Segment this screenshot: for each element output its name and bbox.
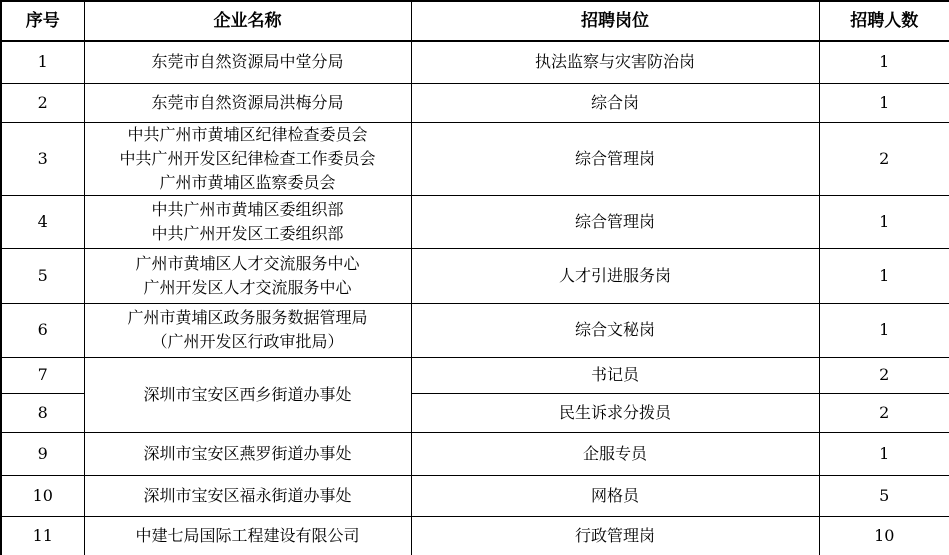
table-header-row: 序号 企业名称 招聘岗位 招聘人数 bbox=[1, 1, 949, 41]
count-cell: 10 bbox=[819, 516, 949, 555]
count-cell: 5 bbox=[819, 475, 949, 516]
company-cell: 深圳市宝安区福永街道办事处 bbox=[84, 475, 411, 516]
table-row: 11 中建七局国际工程建设有限公司 行政管理岗 10 bbox=[1, 516, 949, 555]
position-cell: 书记员 bbox=[411, 357, 819, 393]
table-row: 1 东莞市自然资源局中堂分局 执法监察与灾害防治岗 1 bbox=[1, 41, 949, 83]
recruitment-table: 序号 企业名称 招聘岗位 招聘人数 1 东莞市自然资源局中堂分局 执法监察与灾害… bbox=[0, 0, 949, 555]
position-cell: 企服专员 bbox=[411, 432, 819, 475]
count-cell: 2 bbox=[819, 393, 949, 432]
company-cell: 中建七局国际工程建设有限公司 bbox=[84, 516, 411, 555]
header-no: 序号 bbox=[1, 1, 84, 41]
no-cell: 9 bbox=[1, 432, 84, 475]
no-cell: 4 bbox=[1, 195, 84, 248]
position-cell: 综合文秘岗 bbox=[411, 303, 819, 357]
position-cell: 综合管理岗 bbox=[411, 122, 819, 195]
header-position: 招聘岗位 bbox=[411, 1, 819, 41]
table-row: 10 深圳市宝安区福永街道办事处 网格员 5 bbox=[1, 475, 949, 516]
no-cell: 1 bbox=[1, 41, 84, 83]
no-cell: 11 bbox=[1, 516, 84, 555]
company-cell: 东莞市自然资源局洪梅分局 bbox=[84, 83, 411, 122]
count-cell: 1 bbox=[819, 432, 949, 475]
company-cell: 中共广州市黄埔区委组织部 中共广州开发区工委组织部 bbox=[84, 195, 411, 248]
no-cell: 2 bbox=[1, 83, 84, 122]
count-cell: 1 bbox=[819, 303, 949, 357]
company-cell: 深圳市宝安区燕罗街道办事处 bbox=[84, 432, 411, 475]
position-cell: 人才引进服务岗 bbox=[411, 248, 819, 303]
count-cell: 1 bbox=[819, 248, 949, 303]
count-cell: 2 bbox=[819, 122, 949, 195]
position-cell: 民生诉求分拨员 bbox=[411, 393, 819, 432]
table-row: 7 深圳市宝安区西乡街道办事处 书记员 2 bbox=[1, 357, 949, 393]
count-cell: 1 bbox=[819, 83, 949, 122]
count-cell: 1 bbox=[819, 195, 949, 248]
table-row: 9 深圳市宝安区燕罗街道办事处 企服专员 1 bbox=[1, 432, 949, 475]
no-cell: 6 bbox=[1, 303, 84, 357]
table-row: 5 广州市黄埔区人才交流服务中心 广州开发区人才交流服务中心 人才引进服务岗 1 bbox=[1, 248, 949, 303]
company-cell: 广州市黄埔区人才交流服务中心 广州开发区人才交流服务中心 bbox=[84, 248, 411, 303]
table-row: 3 中共广州市黄埔区纪律检查委员会 中共广州开发区纪律检查工作委员会 广州市黄埔… bbox=[1, 122, 949, 195]
position-cell: 网格员 bbox=[411, 475, 819, 516]
company-cell: 东莞市自然资源局中堂分局 bbox=[84, 41, 411, 83]
position-cell: 综合管理岗 bbox=[411, 195, 819, 248]
company-cell: 广州市黄埔区政务服务数据管理局 （广州开发区行政审批局） bbox=[84, 303, 411, 357]
company-cell-merged: 深圳市宝安区西乡街道办事处 bbox=[84, 357, 411, 432]
table-row: 4 中共广州市黄埔区委组织部 中共广州开发区工委组织部 综合管理岗 1 bbox=[1, 195, 949, 248]
no-cell: 5 bbox=[1, 248, 84, 303]
count-cell: 1 bbox=[819, 41, 949, 83]
no-cell: 7 bbox=[1, 357, 84, 393]
no-cell: 8 bbox=[1, 393, 84, 432]
table-row: 2 东莞市自然资源局洪梅分局 综合岗 1 bbox=[1, 83, 949, 122]
no-cell: 3 bbox=[1, 122, 84, 195]
count-cell: 2 bbox=[819, 357, 949, 393]
company-cell: 中共广州市黄埔区纪律检查委员会 中共广州开发区纪律检查工作委员会 广州市黄埔区监… bbox=[84, 122, 411, 195]
no-cell: 10 bbox=[1, 475, 84, 516]
header-company: 企业名称 bbox=[84, 1, 411, 41]
position-cell: 综合岗 bbox=[411, 83, 819, 122]
position-cell: 行政管理岗 bbox=[411, 516, 819, 555]
header-count: 招聘人数 bbox=[819, 1, 949, 41]
position-cell: 执法监察与灾害防治岗 bbox=[411, 41, 819, 83]
table-row: 6 广州市黄埔区政务服务数据管理局 （广州开发区行政审批局） 综合文秘岗 1 bbox=[1, 303, 949, 357]
